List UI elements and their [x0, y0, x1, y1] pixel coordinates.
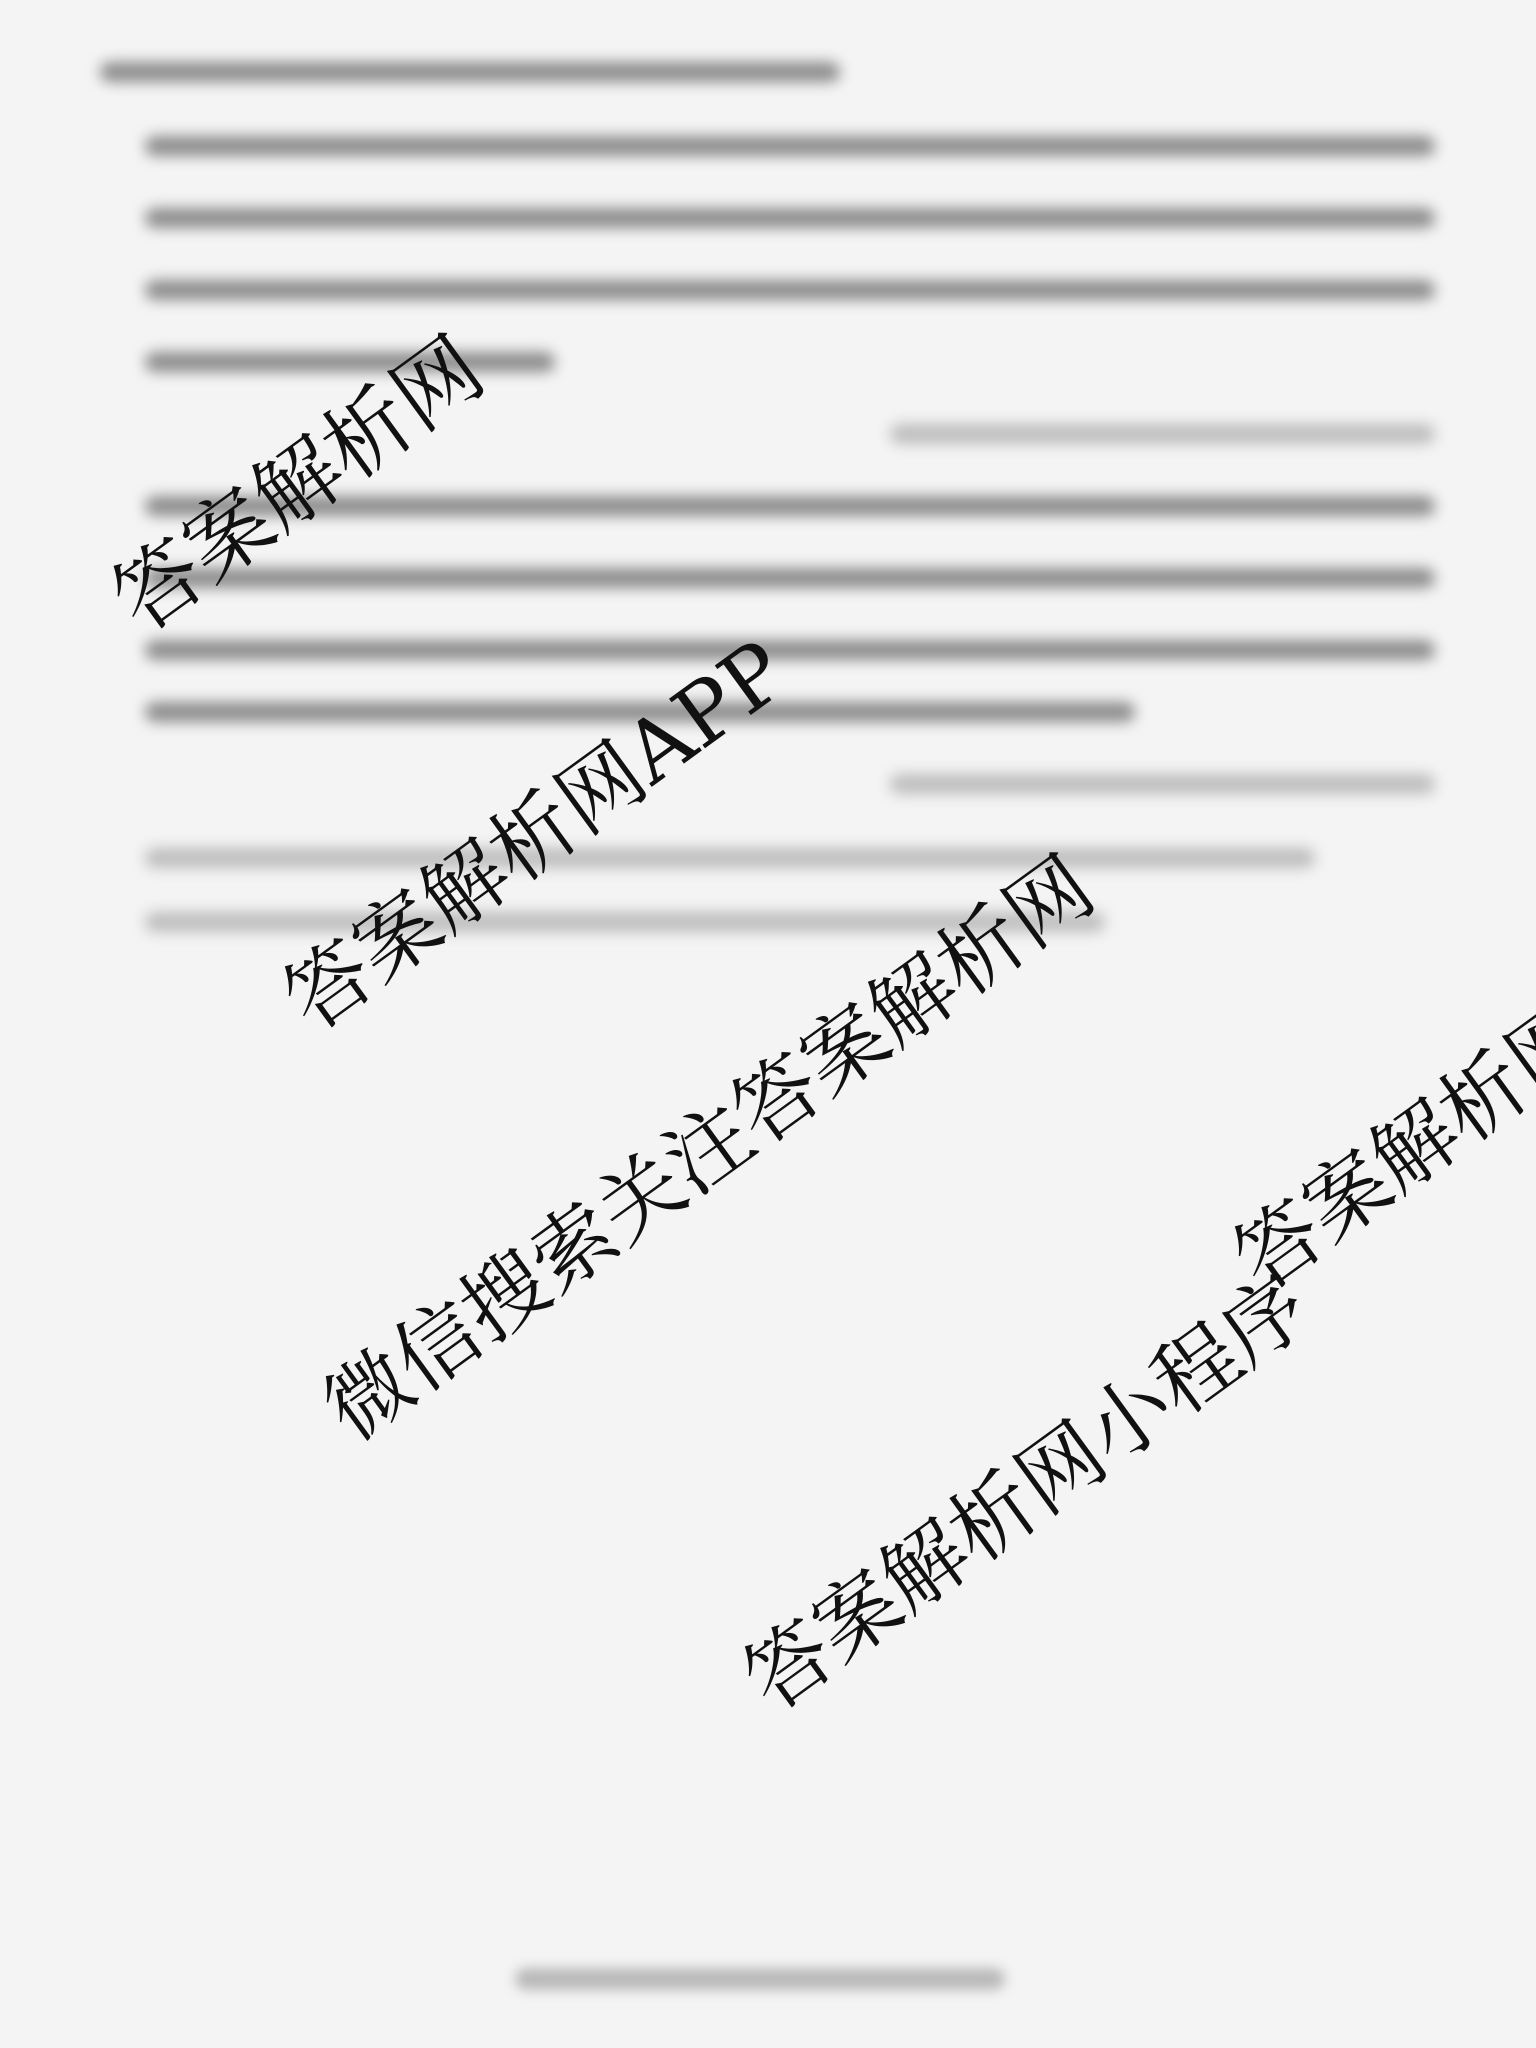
- material-1-line: [145, 352, 555, 372]
- attribution-1: [890, 424, 1435, 444]
- material-1-line: [145, 136, 1435, 156]
- material-1-line: [145, 280, 1435, 300]
- page-footer: [515, 1968, 1005, 1990]
- sub-question-1: [145, 848, 1315, 868]
- material-2-line: [145, 568, 1435, 588]
- material-1-line: [145, 208, 1435, 228]
- attribution-2: [890, 774, 1435, 794]
- blurred-document: [0, 0, 1536, 2048]
- material-2-line: [145, 640, 1435, 660]
- question-heading: [100, 62, 840, 82]
